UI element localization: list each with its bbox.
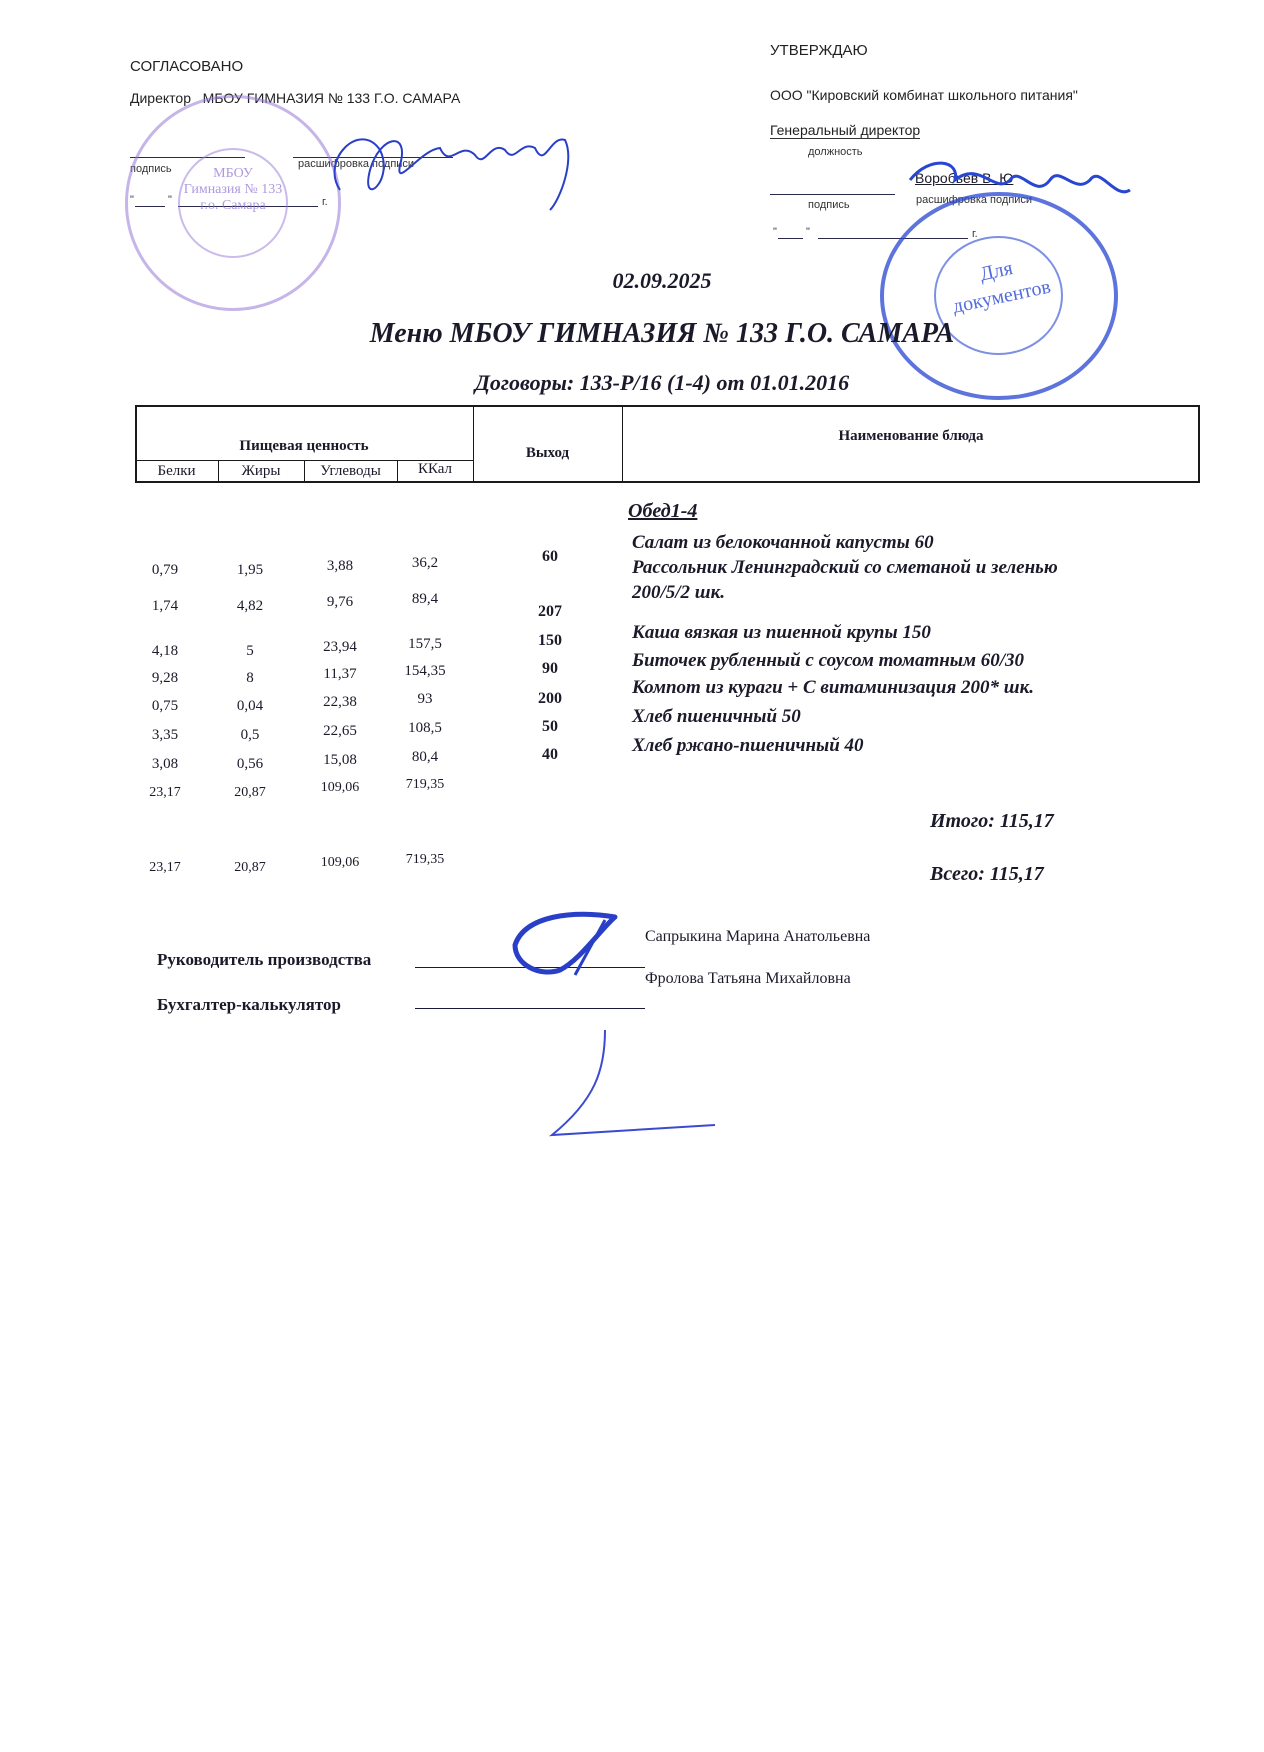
cell-fat: 0,04 xyxy=(210,698,290,715)
grand_total-label: Всего: 115,17 xyxy=(930,863,1044,886)
menu-title: Меню МБОУ ГИМНАЗИЯ № 133 Г.О. САМАРА xyxy=(0,318,1264,350)
cell-carbs: 11,37 xyxy=(300,666,380,683)
cell-protein: 3,35 xyxy=(125,727,205,744)
grand_total-protein: 23,17 xyxy=(125,860,205,876)
grand_total-kcal: 719,35 xyxy=(385,852,465,868)
cell-carbs: 22,38 xyxy=(300,694,380,711)
column-protein: Белки xyxy=(135,463,218,480)
cell-kcal: 89,4 xyxy=(385,591,465,608)
cell-fat: 0,5 xyxy=(210,727,290,744)
cell-protein: 0,79 xyxy=(125,562,205,579)
cell-protein: 9,28 xyxy=(125,670,205,687)
cell-protein: 4,18 xyxy=(125,643,205,660)
cell-fat: 0,56 xyxy=(210,756,290,773)
cell-output: 50 xyxy=(520,718,580,736)
cell-fat: 1,95 xyxy=(210,562,290,579)
organization: ООО "Кировский комбинат школьного питани… xyxy=(770,87,1078,103)
approval-left-position: Директор МБОУ ГИМНАЗИЯ № 133 Г.О. САМАРА xyxy=(130,90,460,106)
dish-name-line2: 200/5/2 шк. xyxy=(632,582,725,604)
accountant-name: Фролова Татьяна Михайловна xyxy=(645,970,851,988)
right-signature-caption: подпись xyxy=(808,199,850,211)
approval-right-heading: УТВЕРЖДАЮ xyxy=(770,42,868,59)
dish-name: Салат из белокочанной капусты 60 xyxy=(632,532,934,554)
cell-protein: 0,75 xyxy=(125,698,205,715)
right-signature-line xyxy=(770,194,895,195)
cell-carbs: 22,65 xyxy=(300,723,380,740)
cell-output: 60 xyxy=(520,548,580,566)
dish-name: Биточек рубленный с соусом томатным 60/3… xyxy=(632,650,1024,672)
cell-carbs: 3,88 xyxy=(300,558,380,575)
right-day-line xyxy=(778,238,803,239)
approval-left-heading: СОГЛАСОВАНО xyxy=(130,58,243,75)
subtotal-label: Итого: 115,17 xyxy=(930,810,1054,833)
column-dish: Наименование блюда xyxy=(622,428,1200,445)
cell-output: 207 xyxy=(520,603,580,621)
cell-fat: 5 xyxy=(210,643,290,660)
dish-name: Хлеб пшеничный 50 xyxy=(632,706,801,728)
right-date-quote-close: " xyxy=(806,226,810,238)
cell-kcal: 80,4 xyxy=(385,749,465,766)
cell-carbs: 15,08 xyxy=(300,752,380,769)
cell-carbs: 9,76 xyxy=(300,594,380,611)
general-director-signature xyxy=(900,155,1140,235)
column-kcal: ККал xyxy=(397,461,473,478)
dish-name: Компот из кураги + С витаминизация 200* … xyxy=(632,677,1034,699)
cell-kcal: 108,5 xyxy=(385,720,465,737)
grand_total-carbs: 109,06 xyxy=(300,855,380,871)
cell-output: 40 xyxy=(520,746,580,764)
cell-output: 200 xyxy=(520,690,580,708)
accountant-label: Бухгалтер-калькулятор xyxy=(157,995,341,1015)
cell-kcal: 93 xyxy=(385,691,465,708)
dish-name: Каша вязкая из пшенной крупы 150 xyxy=(632,622,931,644)
divider xyxy=(473,405,474,481)
column-fat: Жиры xyxy=(218,463,304,480)
cell-kcal: 36,2 xyxy=(385,555,465,572)
subtotal-kcal: 719,35 xyxy=(385,777,465,793)
production-manager-label: Руководитель производства xyxy=(157,950,371,970)
accountant-signature xyxy=(540,1020,740,1140)
subtotal-carbs: 109,06 xyxy=(300,780,380,796)
director-signature xyxy=(300,110,590,220)
column-output: Выход xyxy=(473,445,622,462)
production-manager-signature xyxy=(505,905,635,985)
position-caption: должность xyxy=(808,146,863,158)
accountant-line xyxy=(415,1008,645,1009)
production-manager-name: Сапрыкина Марина Анатольевна xyxy=(645,928,870,946)
cell-output: 150 xyxy=(520,632,580,650)
cell-carbs: 23,94 xyxy=(300,639,380,656)
contract-line: Договоры: 133-Р/16 (1-4) от 01.01.2016 xyxy=(0,370,1264,396)
cell-kcal: 154,35 xyxy=(385,663,465,680)
section-title: Обед1-4 xyxy=(628,500,697,523)
column-carbs: Углеводы xyxy=(304,463,397,480)
cell-output: 90 xyxy=(520,660,580,678)
subtotal-fat: 20,87 xyxy=(210,785,290,801)
cell-protein: 3,08 xyxy=(125,756,205,773)
cell-fat: 4,82 xyxy=(210,598,290,615)
right-date-quote-open: " xyxy=(773,226,777,238)
cell-kcal: 157,5 xyxy=(385,636,465,653)
approval-position: Генеральный директор xyxy=(770,122,920,139)
cell-fat: 8 xyxy=(210,670,290,687)
subtotal-protein: 23,17 xyxy=(125,785,205,801)
grand_total-fat: 20,87 xyxy=(210,860,290,876)
menu-date: 02.09.2025 xyxy=(0,268,1264,294)
cell-protein: 1,74 xyxy=(125,598,205,615)
dish-name: Рассольник Ленинградский со сметаной и з… xyxy=(632,557,1058,579)
dish-name: Хлеб ржано-пшеничный 40 xyxy=(632,735,864,757)
nutrition-header: Пищевая ценность xyxy=(135,438,473,455)
